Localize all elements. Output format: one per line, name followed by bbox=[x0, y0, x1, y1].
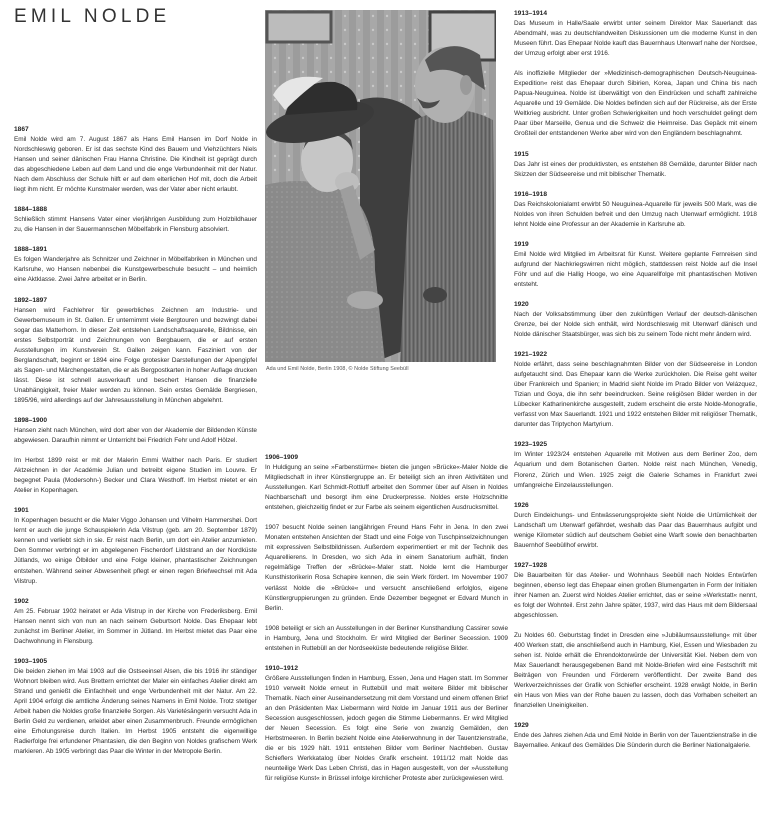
entry-text: Im Winter 1923/24 entstehen Aquarelle mi… bbox=[514, 450, 757, 490]
timeline-entry-1902: 1902 Am 25. Februar 1902 heiratet er Ada… bbox=[14, 597, 257, 647]
entry-text: Das Jahr ist eines der produktivsten, es… bbox=[514, 160, 757, 180]
timeline-entry-1927-1928: 1927–1928 Die Bauarbeiten für das Atelie… bbox=[514, 561, 757, 712]
entry-year: 1903–1905 bbox=[14, 657, 257, 667]
entry-year: 1927–1928 bbox=[514, 561, 757, 571]
entry-text: Emil Nolde wird am 7. August 1867 als Ha… bbox=[14, 135, 257, 195]
timeline-entry-1919: 1919 Emil Nolde wird Mitglied im Arbeits… bbox=[514, 240, 757, 290]
entry-text: In Kopenhagen besucht er die Maler Viggo… bbox=[14, 516, 257, 586]
entry-text: Es folgen Wanderjahre als Schnitzer und … bbox=[14, 255, 257, 285]
timeline-column-middle: 1906–1909 In Huldigung an seine »Farbens… bbox=[265, 453, 508, 794]
entry-year: 1920 bbox=[514, 300, 757, 310]
entry-year: 1884–1888 bbox=[14, 205, 257, 215]
entry-year: 1901 bbox=[14, 506, 257, 516]
portrait-photo bbox=[265, 10, 496, 362]
entry-year: 1910–1912 bbox=[265, 664, 508, 674]
entry-year: 1902 bbox=[14, 597, 257, 607]
entry-text: Größere Ausstellungen finden in Hamburg,… bbox=[265, 674, 508, 785]
entry-text: Am 25. Februar 1902 heiratet er Ada Vils… bbox=[14, 607, 257, 647]
entry-text: 1907 besucht Nolde seinen langjährigen F… bbox=[265, 523, 508, 613]
entry-year: 1923–1925 bbox=[514, 440, 757, 450]
entry-text: Das Reichskolonialamt erwirbt 50 Neuguin… bbox=[514, 200, 757, 230]
timeline-entry-1892-1897: 1892–1897 Hansen wird Fachlehrer für gew… bbox=[14, 296, 257, 406]
entry-text: Im Herbst 1899 reist er mit der Malerin … bbox=[14, 456, 257, 496]
timeline-entry-1903-1905: 1903–1905 Die beiden ziehen im Mai 1903 … bbox=[14, 657, 257, 757]
entry-text: Zu Noldes 60. Geburtstag findet in Dresd… bbox=[514, 631, 757, 711]
entry-text: Die beiden ziehen im Mai 1903 auf die Os… bbox=[14, 667, 257, 757]
entry-text: Die Bauarbeiten für das Atelier- und Woh… bbox=[514, 571, 757, 621]
timeline-entry-1926: 1926 Durch Eindeichungs- und Entwässerun… bbox=[514, 501, 757, 551]
entry-year: 1906–1909 bbox=[265, 453, 508, 463]
page-title: EMIL NOLDE bbox=[14, 6, 170, 28]
timeline-entry-1929: 1929 Ende des Jahres ziehen Ada und Emil… bbox=[514, 721, 757, 751]
timeline-column-right: 1913–1914 Das Museum in Halle/Saale erwi… bbox=[514, 9, 757, 761]
entry-year: 1898–1900 bbox=[14, 416, 257, 426]
timeline-entry-1916-1918: 1916–1918 Das Reichskolonialamt erwirbt … bbox=[514, 190, 757, 230]
entry-year: 1867 bbox=[14, 125, 257, 135]
entry-year: 1929 bbox=[514, 721, 757, 731]
timeline-entry-1920: 1920 Nach der Volksabstimmung über den z… bbox=[514, 300, 757, 340]
entry-year: 1892–1897 bbox=[14, 296, 257, 306]
entry-text: In Huldigung an seine »Farbenstürme« bie… bbox=[265, 463, 508, 513]
entry-text: Als inoffizielle Mitglieder der »Medizin… bbox=[514, 69, 757, 139]
entry-year: 1919 bbox=[514, 240, 757, 250]
entry-year: 1926 bbox=[514, 501, 757, 511]
entry-year: 1916–1918 bbox=[514, 190, 757, 200]
timeline-entry-1888-1891: 1888–1891 Es folgen Wanderjahre als Schn… bbox=[14, 245, 257, 285]
timeline-entry-1898-1900: 1898–1900 Hansen zieht nach München, wir… bbox=[14, 416, 257, 496]
entry-text: Nach der Volksabstimmung über den zukünf… bbox=[514, 310, 757, 340]
timeline-entry-1867: 1867 Emil Nolde wird am 7. August 1867 a… bbox=[14, 125, 257, 195]
timeline-entry-1910-1912: 1910–1912 Größere Ausstellungen finden i… bbox=[265, 664, 508, 785]
timeline-entry-1921-1922: 1921–1922 Nolde erfährt, dass seine besc… bbox=[514, 350, 757, 430]
timeline-column-left: 1867 Emil Nolde wird am 7. August 1867 a… bbox=[14, 125, 257, 767]
entry-text: 1908 beteiligt er sich an Ausstellungen … bbox=[265, 624, 508, 654]
entry-text: Das Museum in Halle/Saale erwirbt unter … bbox=[514, 19, 757, 59]
entry-text: Hansen wird Fachlehrer für gewerbliches … bbox=[14, 306, 257, 406]
timeline-entry-1906-1909: 1906–1909 In Huldigung an seine »Farbens… bbox=[265, 453, 508, 654]
timeline-entry-1915: 1915 Das Jahr ist eines der produktivste… bbox=[514, 150, 757, 180]
entry-year: 1921–1922 bbox=[514, 350, 757, 360]
entry-text: Nolde erfährt, dass seine beschlagnahmte… bbox=[514, 360, 757, 430]
timeline-entry-1913-1914: 1913–1914 Das Museum in Halle/Saale erwi… bbox=[514, 9, 757, 140]
entry-year: 1888–1891 bbox=[14, 245, 257, 255]
entry-text: Emil Nolde wird Mitglied im Arbeitsrat f… bbox=[514, 250, 757, 290]
entry-year: 1913–1914 bbox=[514, 9, 757, 19]
entry-text: Durch Eindeichungs- und Entwässerungspro… bbox=[514, 511, 757, 551]
entry-text: Ende des Jahres ziehen Ada und Emil Nold… bbox=[514, 731, 757, 751]
timeline-entry-1923-1925: 1923–1925 Im Winter 1923/24 entstehen Aq… bbox=[514, 440, 757, 490]
timeline-entry-1901: 1901 In Kopenhagen besucht er die Maler … bbox=[14, 506, 257, 586]
photo-caption: Ada und Emil Nolde, Berlin 1908, © Nolde… bbox=[266, 366, 409, 372]
entry-text: Hansen zieht nach München, wird dort abe… bbox=[14, 426, 257, 446]
timeline-entry-1884-1888: 1884–1888 Schließlich stimmt Hansens Vat… bbox=[14, 205, 257, 235]
entry-year: 1915 bbox=[514, 150, 757, 160]
entry-text: Schließlich stimmt Hansens Vater einer v… bbox=[14, 215, 257, 235]
